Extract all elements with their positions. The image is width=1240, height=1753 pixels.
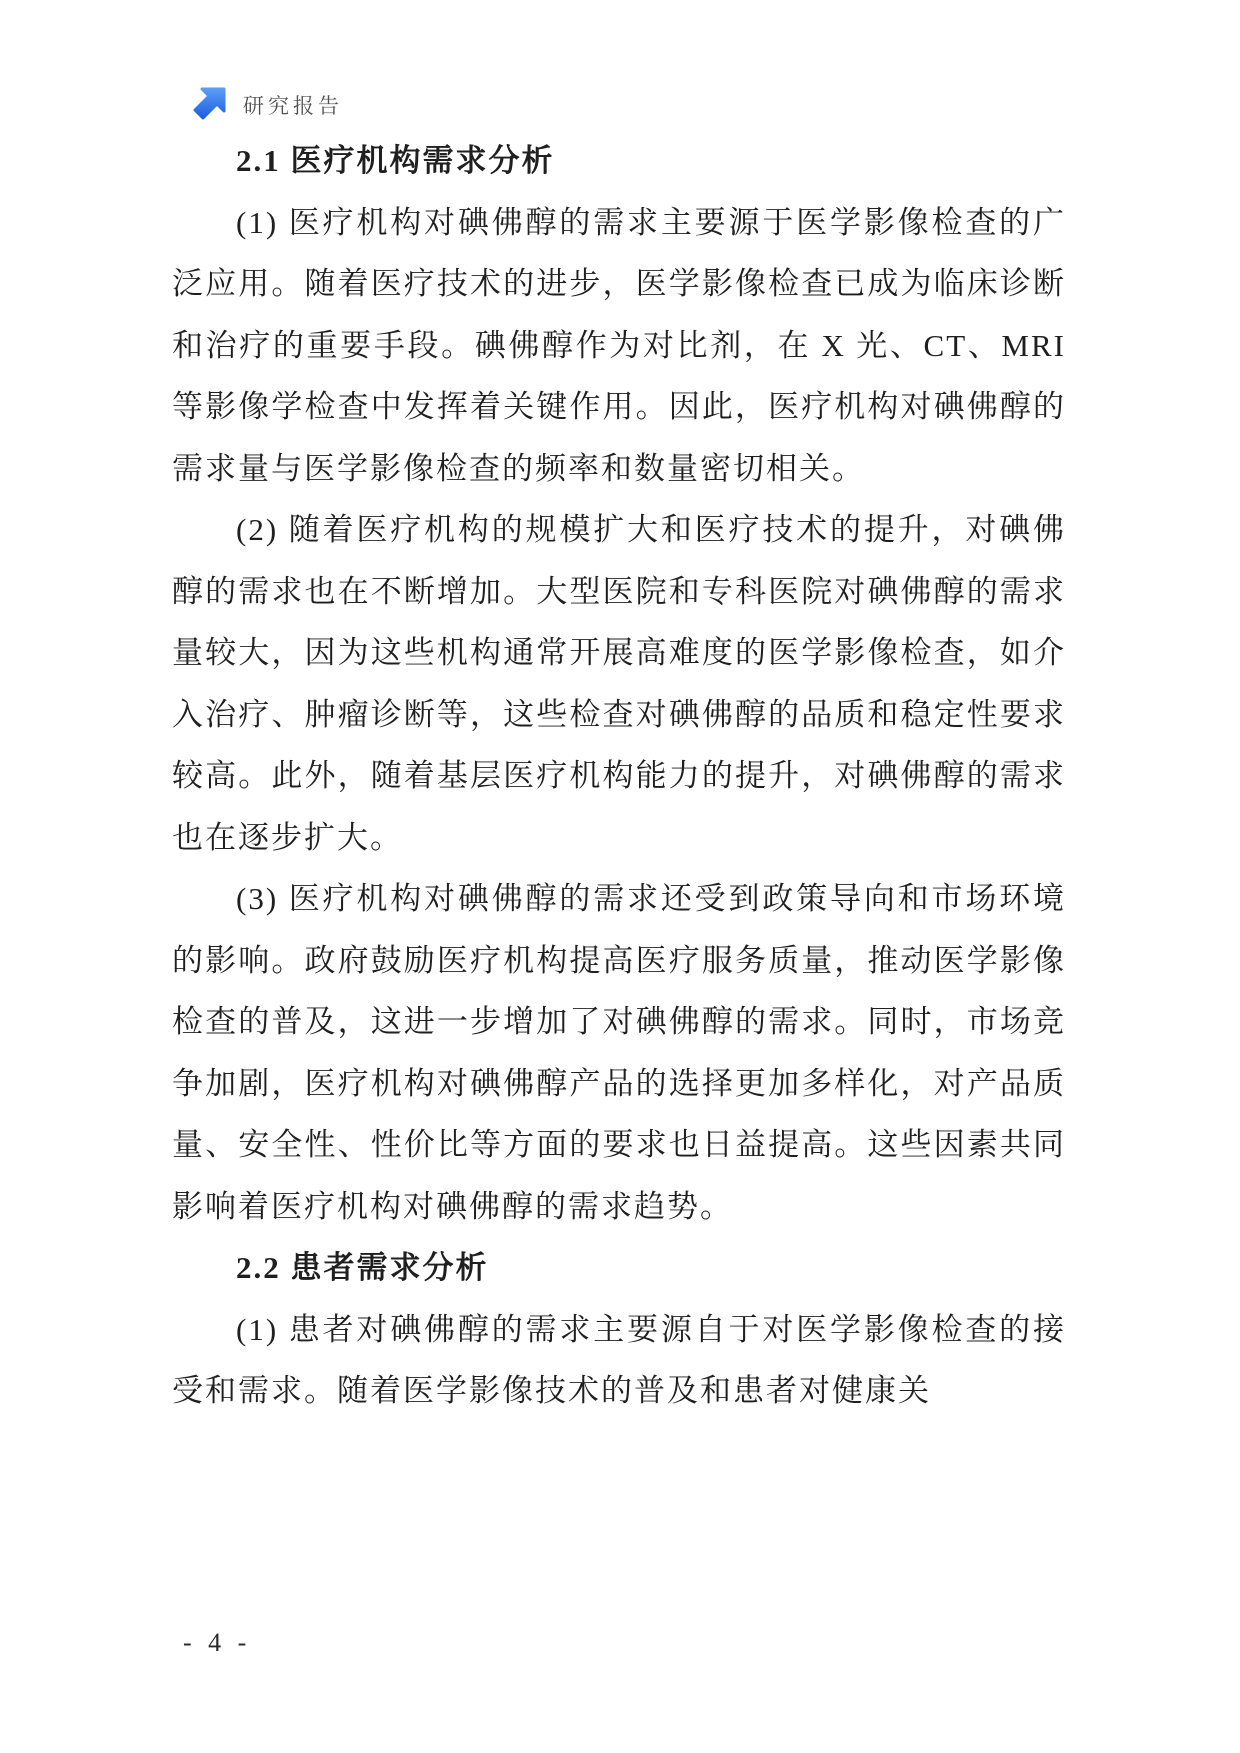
paragraph-2-2-1: (1) 患者对碘佛醇的需求主要源自于对医学影像检查的接受和需求。随着医学影像技术… xyxy=(172,1299,1066,1422)
report-header: 研究报告 xyxy=(188,84,343,124)
paragraph-2-1-1: (1) 医疗机构对碘佛醇的需求主要源于医学影像检查的广泛应用。随着医疗技术的进步… xyxy=(172,192,1066,500)
section-heading-2-1: 2.1 医疗机构需求分析 xyxy=(172,130,1066,192)
paragraph-2-1-2: (2) 随着医疗机构的规模扩大和医疗技术的提升，对碘佛醇的需求也在不断增加。大型… xyxy=(172,499,1066,868)
section-heading-2-2: 2.2 患者需求分析 xyxy=(172,1237,1066,1299)
page-footer: - 4 - xyxy=(183,1628,251,1658)
document-page: 研究报告 2.1 医疗机构需求分析 (1) 医疗机构对碘佛醇的需求主要源于医学影… xyxy=(0,0,1240,1753)
brand-arrow-icon xyxy=(188,84,230,124)
paragraph-2-1-3: (3) 医疗机构对碘佛醇的需求还受到政策导向和市场环境的影响。政府鼓励医疗机构提… xyxy=(172,868,1066,1237)
document-body: 2.1 医疗机构需求分析 (1) 医疗机构对碘佛醇的需求主要源于医学影像检查的广… xyxy=(172,130,1066,1422)
page-number: - 4 - xyxy=(183,1628,251,1657)
brand-name: 研究报告 xyxy=(243,92,343,117)
